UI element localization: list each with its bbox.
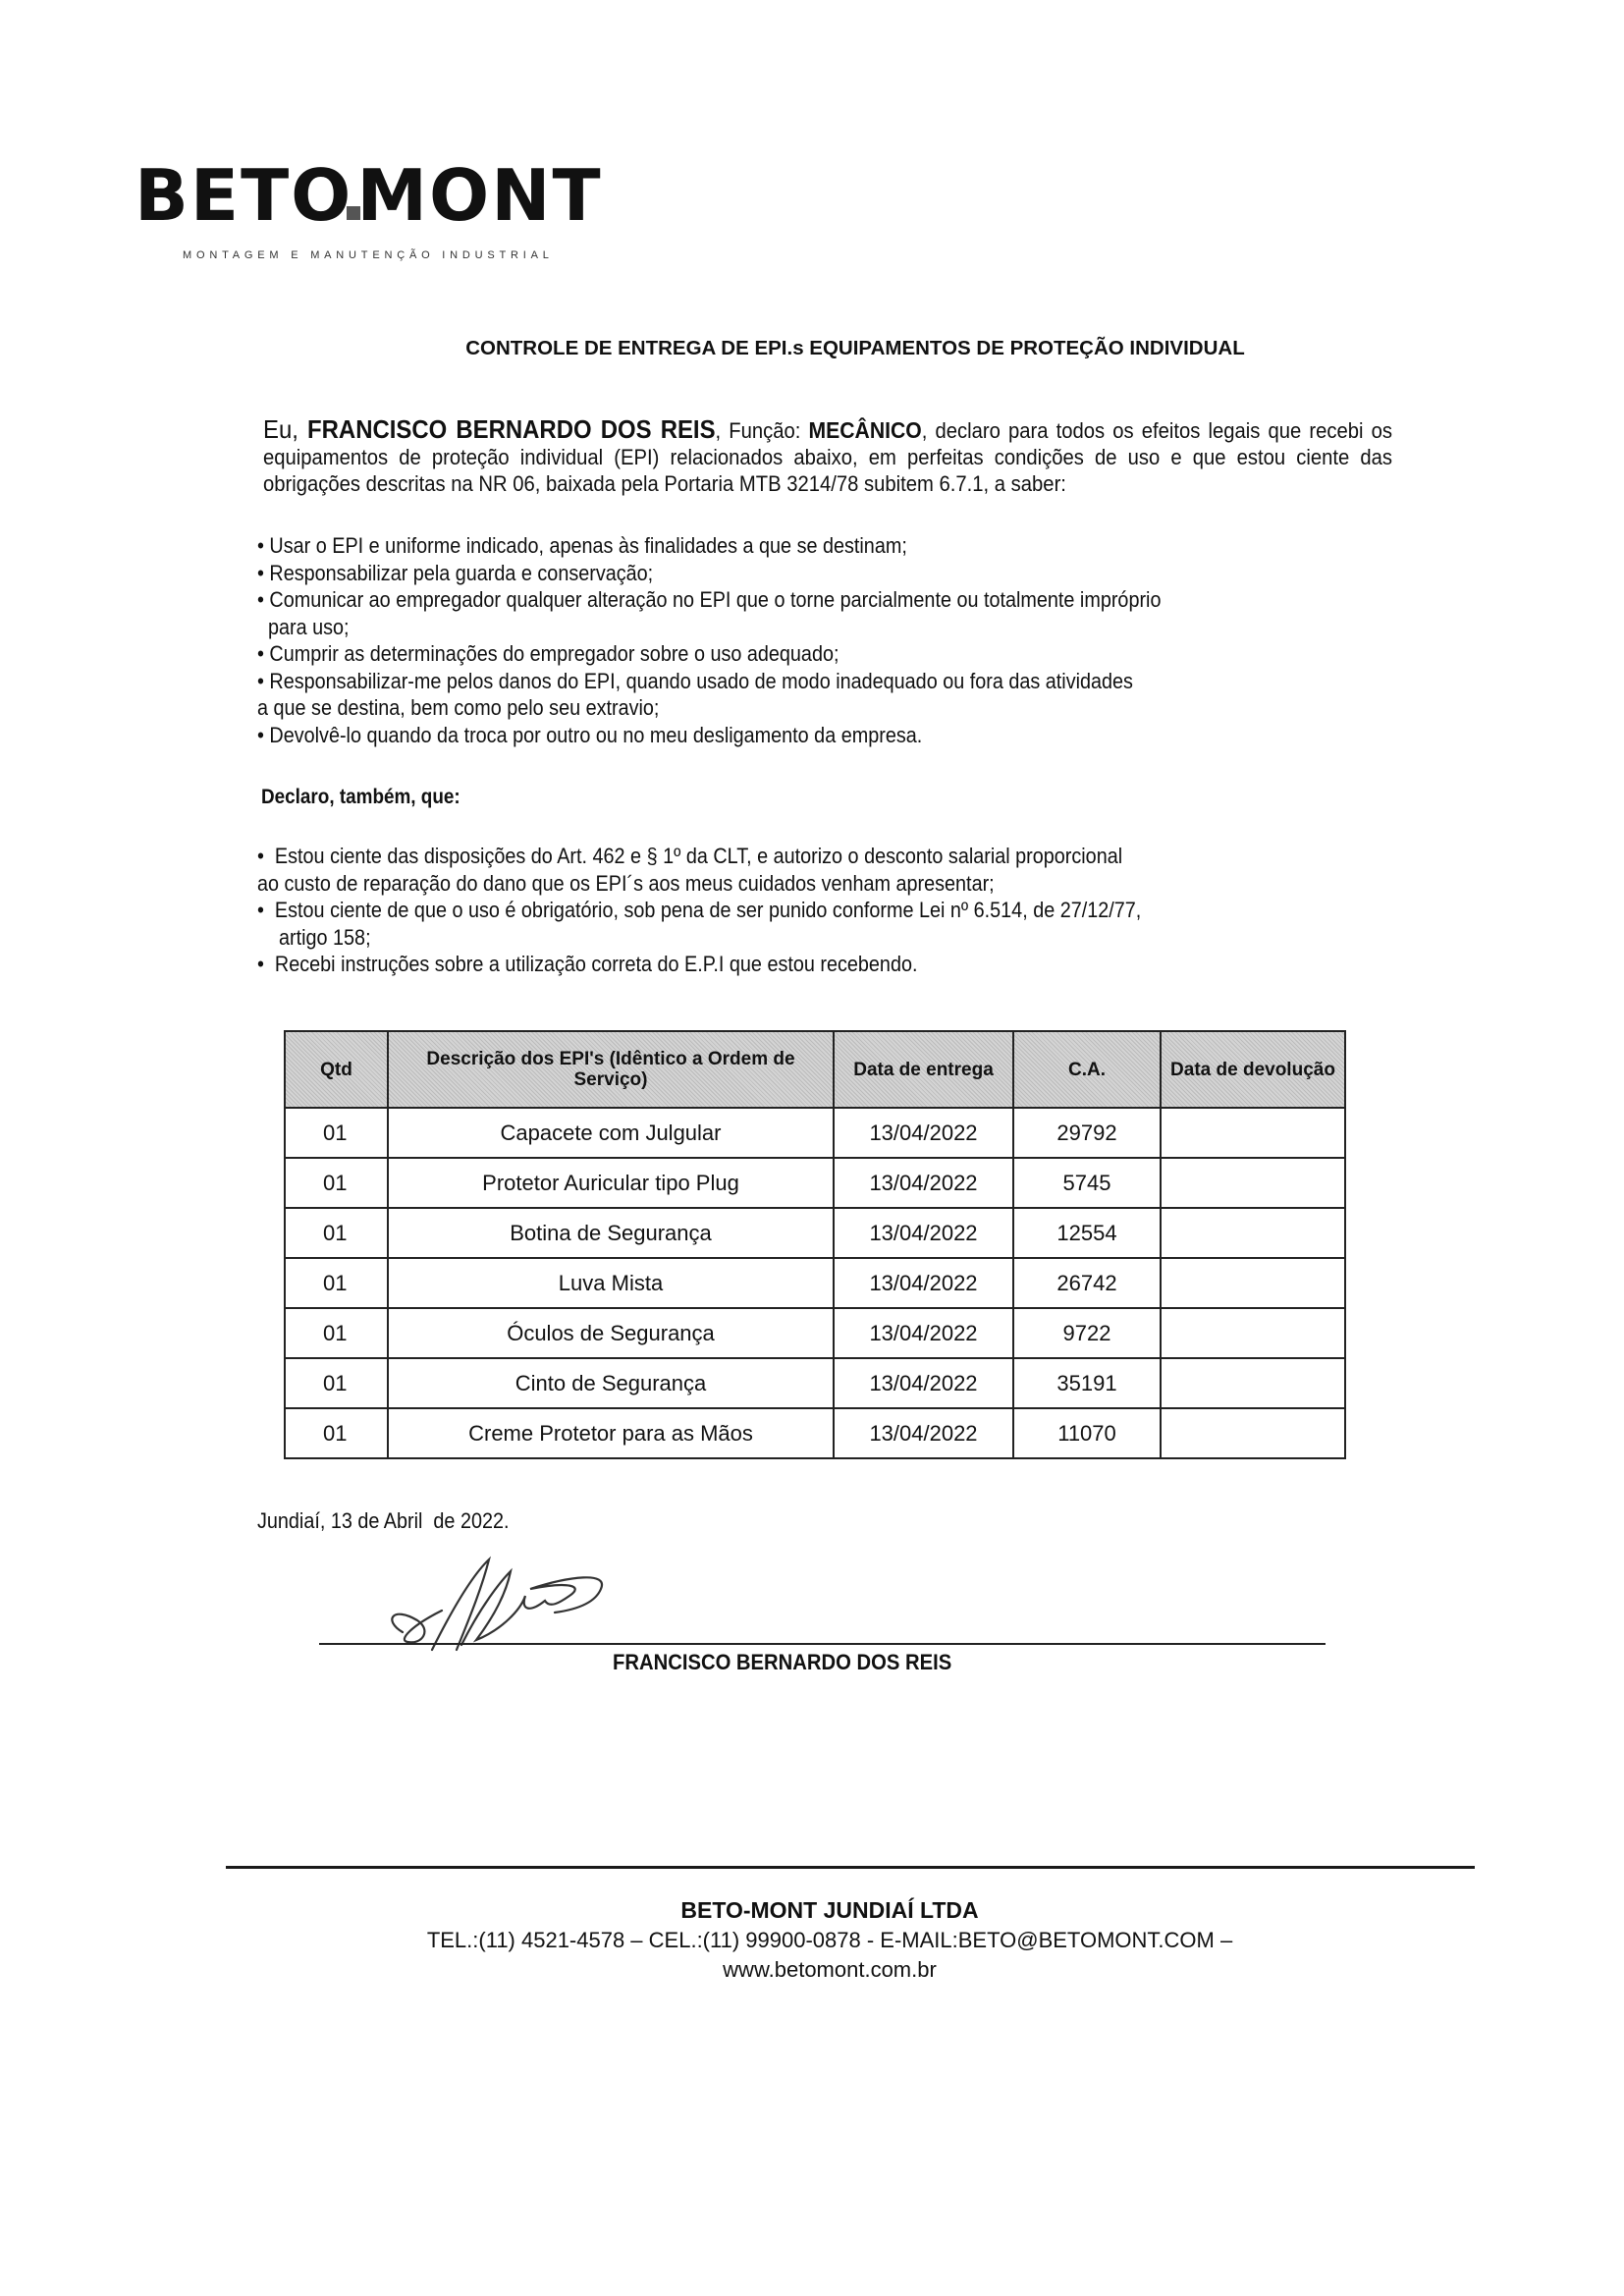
cell-ca: 29792 [1013, 1108, 1161, 1158]
cell-qtd: 01 [285, 1108, 388, 1158]
function-value: MECÂNICO [809, 417, 922, 443]
cell-delivery-date: 13/04/2022 [834, 1258, 1013, 1308]
list-item: a que se destina, bem como pelo seu extr… [257, 694, 1433, 722]
cell-return-date [1161, 1258, 1345, 1308]
table-row: 01Protetor Auricular tipo Plug13/04/2022… [285, 1158, 1345, 1208]
cell-ca: 5745 [1013, 1158, 1161, 1208]
list-item: para uso; [257, 614, 1433, 641]
footer-contact: TEL.:(11) 4521-4578 – CEL.:(11) 99900-08… [0, 1928, 1624, 1953]
table-header-row: Qtd Descrição dos EPI's (Idêntico a Orde… [285, 1031, 1345, 1108]
cell-qtd: 01 [285, 1258, 388, 1308]
list-item: • Recebi instruções sobre a utilização c… [257, 951, 1433, 978]
cell-delivery-date: 13/04/2022 [834, 1108, 1013, 1158]
cell-return-date [1161, 1308, 1345, 1358]
cell-description: Cinto de Segurança [388, 1358, 834, 1408]
cell-return-date [1161, 1208, 1345, 1258]
intro-paragraph: Eu, FRANCISCO BERNARDO DOS REIS, Função:… [263, 416, 1392, 497]
list-item: • Cumprir as determinações do empregador… [257, 640, 1433, 668]
list-item: • Responsabilizar-me pelos danos do EPI,… [257, 668, 1433, 695]
cell-description: Botina de Segurança [388, 1208, 834, 1258]
company-logo: BETOMONT [135, 160, 603, 231]
logo-text-right: MONT [356, 154, 602, 237]
signer-name: FRANCISCO BERNARDO DOS REIS [613, 1650, 951, 1675]
column-header-ca: C.A. [1013, 1031, 1161, 1108]
list-item: • Estou ciente das disposições do Art. 4… [257, 843, 1433, 870]
signature-line [319, 1643, 1326, 1645]
document-title: CONTROLE DE ENTREGA DE EPI.s EQUIPAMENTO… [0, 337, 1624, 360]
cell-return-date [1161, 1108, 1345, 1158]
cell-return-date [1161, 1358, 1345, 1408]
function-label: , Função: [716, 418, 809, 443]
cell-delivery-date: 13/04/2022 [834, 1208, 1013, 1258]
intro-prefix: Eu, [263, 414, 307, 444]
cell-qtd: 01 [285, 1158, 388, 1208]
list-item: • Comunicar ao empregador qualquer alter… [257, 586, 1433, 614]
obligations-list: • Usar o EPI e uniforme indicado, apenas… [257, 532, 1433, 748]
footer-company: BETO-MONT JUNDIAÍ LTDA [0, 1897, 1624, 1924]
cell-description: Capacete com Julgular [388, 1108, 834, 1158]
table-row: 01Luva Mista13/04/202226742 [285, 1258, 1345, 1308]
cell-ca: 12554 [1013, 1208, 1161, 1258]
list-item: ao custo de reparação do dano que os EPI… [257, 870, 1433, 898]
column-header-description: Descrição dos EPI's (Idêntico a Ordem de… [388, 1031, 834, 1108]
cell-qtd: 01 [285, 1208, 388, 1258]
table-row: 01Creme Protetor para as Mãos13/04/20221… [285, 1408, 1345, 1458]
declarations-list: • Estou ciente das disposições do Art. 4… [257, 843, 1433, 978]
cell-qtd: 01 [285, 1358, 388, 1408]
epi-table: Qtd Descrição dos EPI's (Idêntico a Orde… [284, 1030, 1346, 1459]
list-item: • Responsabilizar pela guarda e conserva… [257, 560, 1433, 587]
cell-ca: 35191 [1013, 1358, 1161, 1408]
cell-ca: 9722 [1013, 1308, 1161, 1358]
cell-description: Óculos de Segurança [388, 1308, 834, 1358]
table-row: 01Botina de Segurança13/04/202212554 [285, 1208, 1345, 1258]
cell-description: Protetor Auricular tipo Plug [388, 1158, 834, 1208]
cell-return-date [1161, 1408, 1345, 1458]
cell-ca: 11070 [1013, 1408, 1161, 1458]
cell-delivery-date: 13/04/2022 [834, 1358, 1013, 1408]
cell-delivery-date: 13/04/2022 [834, 1408, 1013, 1458]
list-item: • Usar o EPI e uniforme indicado, apenas… [257, 532, 1433, 560]
cell-qtd: 01 [285, 1408, 388, 1458]
cell-return-date [1161, 1158, 1345, 1208]
column-header-return-date: Data de devolução [1161, 1031, 1345, 1108]
list-item: artigo 158; [257, 924, 1433, 952]
cell-description: Creme Protetor para as Mãos [388, 1408, 834, 1458]
footer-divider [226, 1866, 1475, 1869]
list-item: • Estou ciente de que o uso é obrigatóri… [257, 897, 1433, 924]
table-row: 01Cinto de Segurança13/04/202235191 [285, 1358, 1345, 1408]
cell-delivery-date: 13/04/2022 [834, 1308, 1013, 1358]
cell-ca: 26742 [1013, 1258, 1161, 1308]
table-row: 01Óculos de Segurança13/04/20229722 [285, 1308, 1345, 1358]
logo-tagline: MONTAGEM E MANUTENÇÃO INDUSTRIAL [183, 249, 554, 261]
cell-delivery-date: 13/04/2022 [834, 1158, 1013, 1208]
list-item: • Devolvê-lo quando da troca por outro o… [257, 722, 1433, 749]
place-date: Jundiaí, 13 de Abril de 2022. [257, 1508, 510, 1534]
declaration-heading: Declaro, também, que: [261, 786, 460, 809]
logo-text-left: BETO [135, 154, 352, 237]
cell-qtd: 01 [285, 1308, 388, 1358]
cell-description: Luva Mista [388, 1258, 834, 1308]
column-header-qtd: Qtd [285, 1031, 388, 1108]
employee-name: FRANCISCO BERNARDO DOS REIS [307, 414, 715, 444]
footer-website[interactable]: www.betomont.com.br [0, 1957, 1624, 1983]
column-header-delivery-date: Data de entrega [834, 1031, 1013, 1108]
table-row: 01Capacete com Julgular13/04/202229792 [285, 1108, 1345, 1158]
